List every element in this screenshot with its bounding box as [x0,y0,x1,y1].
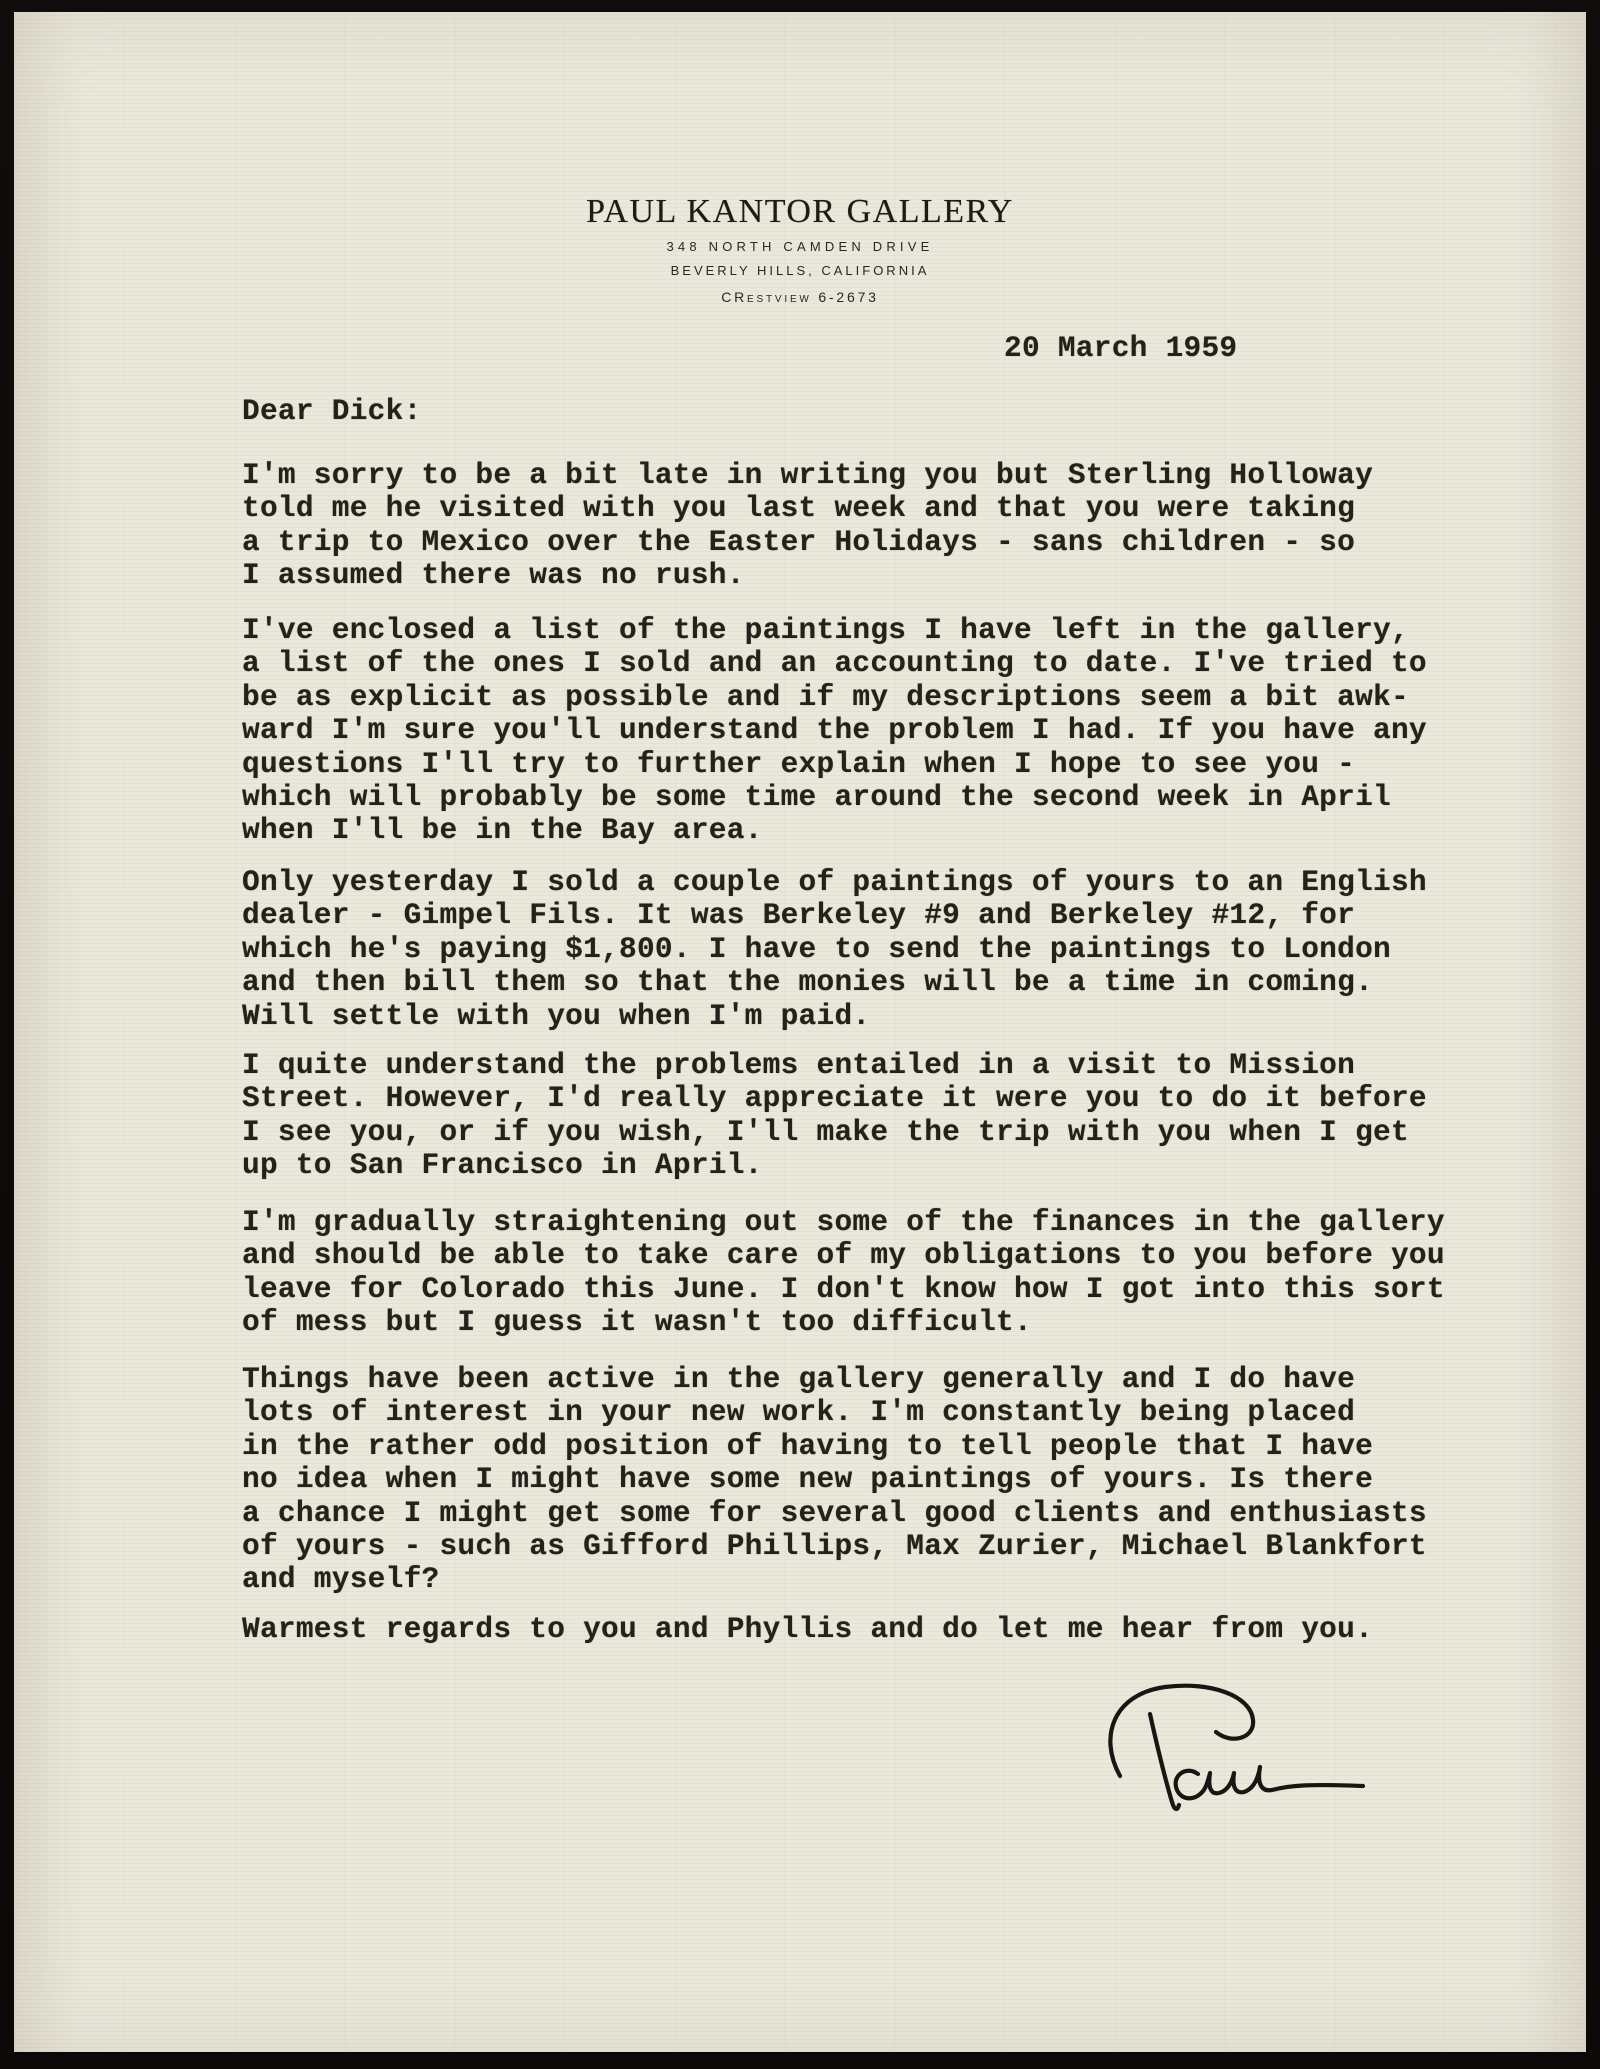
paragraph-5: I'm gradually straightening out some of … [242,1206,1445,1340]
signature-paul: Paul [1070,1678,1380,1828]
letterhead-phone: CRestview 6-2673 [14,289,1586,306]
paragraph-2: I've enclosed a list of the paintings I … [242,614,1427,848]
letter-page: PAUL KANTOR GALLERY 348 NORTH CAMDEN DRI… [14,12,1586,2052]
signature-ink-icon [1070,1678,1380,1828]
paragraph-6: Things have been active in the gallery g… [242,1363,1427,1597]
letterhead-address-line1: 348 NORTH CAMDEN DRIVE [14,239,1586,255]
paragraph-3: Only yesterday I sold a couple of painti… [242,866,1427,1033]
closing-line: Warmest regards to you and Phyllis and d… [242,1613,1373,1646]
paragraph-1: I'm sorry to be a bit late in writing yo… [242,459,1373,593]
paragraph-4: I quite understand the problems entailed… [242,1049,1427,1183]
salutation: Dear Dick: [242,395,422,428]
letterhead-gallery-name: PAUL KANTOR GALLERY [14,192,1586,233]
letter-date: 20 March 1959 [1004,332,1237,365]
letterhead-address-line2: BEVERLY HILLS, CALIFORNIA [14,263,1586,279]
